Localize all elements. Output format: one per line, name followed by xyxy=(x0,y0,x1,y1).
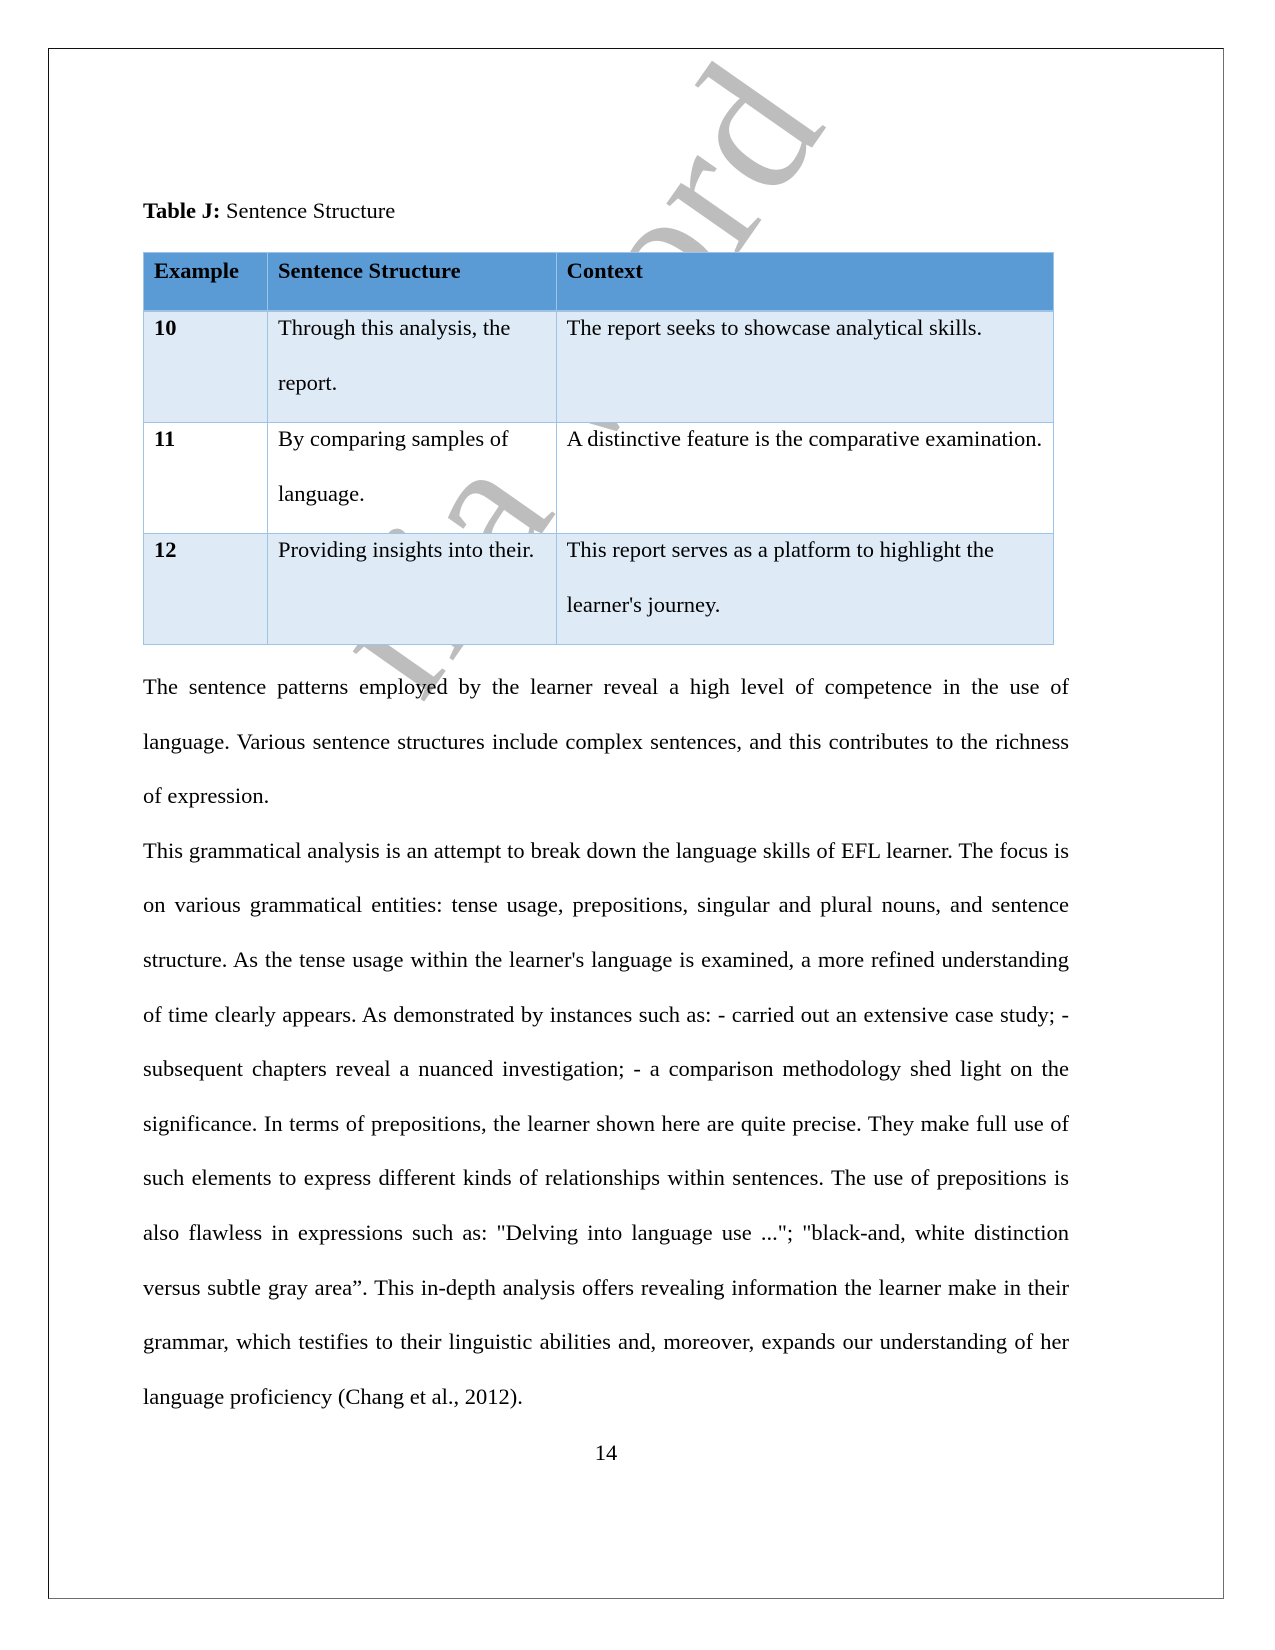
paragraph: This grammatical analysis is an attempt … xyxy=(143,824,1069,1425)
example-cell: 11 xyxy=(144,423,268,534)
paragraph: The sentence patterns employed by the le… xyxy=(143,660,1069,824)
structure-cell: By comparing samples of language. xyxy=(267,423,556,534)
sentence-structure-table: Example Sentence Structure Context 10 Th… xyxy=(143,252,1054,645)
page-number: 14 xyxy=(0,1440,1212,1466)
context-cell: A distinctive feature is the comparative… xyxy=(556,423,1053,534)
table-caption: Table J: Sentence Structure xyxy=(143,196,395,226)
context-cell: The report seeks to showcase analytical … xyxy=(556,311,1053,423)
example-cell: 10 xyxy=(144,311,268,423)
body-text: The sentence patterns employed by the le… xyxy=(143,660,1069,1424)
context-cell: This report serves as a platform to high… xyxy=(556,534,1053,645)
table-caption-label: Table J: xyxy=(143,198,220,223)
table-caption-title: Sentence Structure xyxy=(226,198,395,223)
structure-cell: Providing insights into their. xyxy=(267,534,556,645)
structure-cell: Through this analysis, the report. xyxy=(267,311,556,423)
table-row: 11 By comparing samples of language. A d… xyxy=(144,423,1054,534)
table-row: 10 Through this analysis, the report. Th… xyxy=(144,311,1054,423)
table-row: 12 Providing insights into their. This r… xyxy=(144,534,1054,645)
example-cell: 12 xyxy=(144,534,268,645)
